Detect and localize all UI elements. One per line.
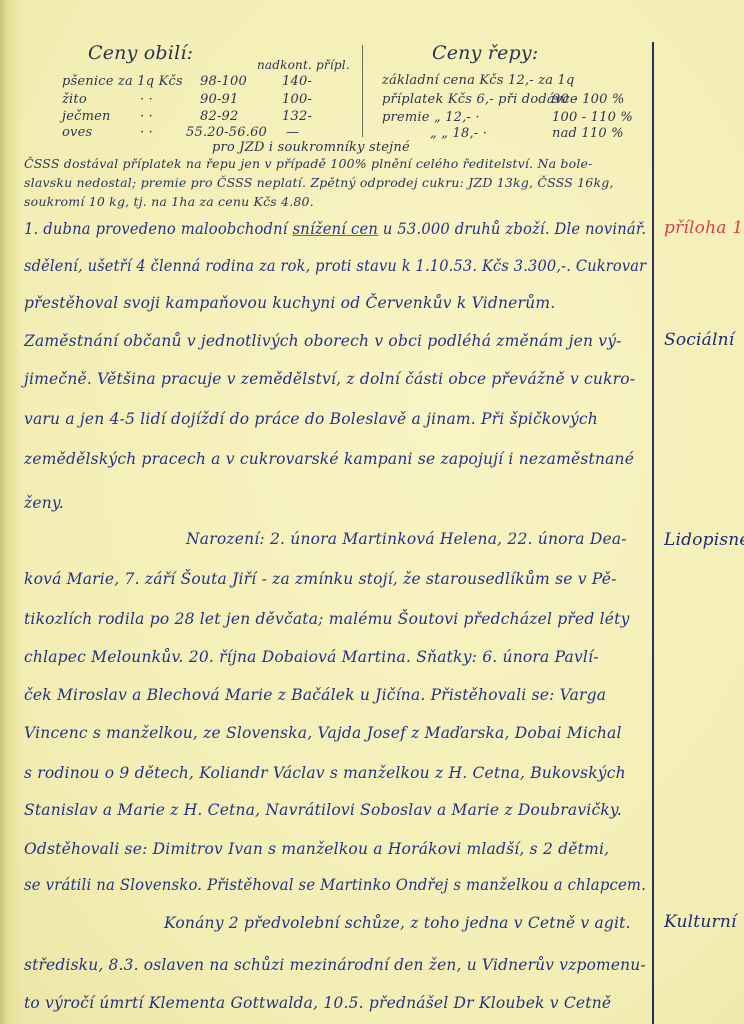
social-line: varu a jen 4-5 lidí dojíždí do práce do … <box>24 410 598 428</box>
beet-row-label: „ „ 18,- · <box>430 126 487 141</box>
grain-footnote: pro JZD i soukromníky stejné <box>212 140 410 155</box>
cultural-line: Konány 2 předvolební schůze, z toho jedn… <box>164 914 631 932</box>
demographics-line: se vrátili na Slovensko. Přistěhoval se … <box>24 876 646 894</box>
demographics-line: ková Marie, 7. září Šouta Jiří - za zmín… <box>24 570 617 588</box>
margin-label-social: Sociální <box>664 330 734 350</box>
chronicle-page: Ceny obilí: nadkont. přípl. pšenice za 1… <box>0 0 744 1024</box>
beet-row-label: příplatek Kčs 6,- při dodávce <box>382 92 578 107</box>
demographics-line: ček Miroslav a Blechová Marie z Bačálek … <box>24 686 606 704</box>
note-line: soukromí 10 kg, tj. na 1ha za cenu Kčs 4… <box>24 194 314 209</box>
text: 1. dubna provedeno maloobchodní <box>24 220 293 238</box>
grain-row-price: 98-100 <box>200 74 247 89</box>
beet-prices-title: Ceny řepy: <box>432 42 538 64</box>
demographics-line: chlapec Melounkův. 20. října Dobaiová Ma… <box>24 648 599 666</box>
beet-row-value: nad 110 % <box>552 126 624 141</box>
price-cut-line-1: 1. dubna provedeno maloobchodní snížení … <box>24 220 646 238</box>
note-line: ČSSS dostával příplatek na řepu jen v př… <box>24 156 593 171</box>
social-line: ženy. <box>24 494 64 512</box>
demographics-line: Vincenc s manželkou, ze Slovenska, Vajda… <box>24 724 622 742</box>
demographics-line: Stanislav a Marie z H. Cetna, Navrátilov… <box>24 801 622 819</box>
demographics-line: Narození: 2. února Martinková Helena, 22… <box>186 530 627 548</box>
grain-row-name: žito <box>62 92 87 107</box>
margin-label-cultural: Kulturní <box>664 912 737 932</box>
right-margin-line <box>652 42 654 1024</box>
margin-note-attachment: příloha 19 <box>664 218 744 238</box>
grain-row-price: 90-91 <box>200 92 238 107</box>
beet-row-value: 90 - 100 % <box>552 92 625 107</box>
grain-row-price: 55.20-56.60 <box>186 125 267 140</box>
note-line: slavsku nedostal; premie pro ČSSS neplat… <box>24 175 614 190</box>
grain-row-bonus: 100- <box>282 92 312 107</box>
demographics-line: s rodinou o 9 dětech, Koliandr Václav s … <box>24 764 626 782</box>
social-line: jimečně. Většina pracuje v zemědělství, … <box>24 370 635 388</box>
beet-row-label: základní cena Kčs 12,- za 1q <box>382 73 575 88</box>
grain-bonus-header: nadkont. přípl. <box>257 58 350 72</box>
grain-row-ditto: · · <box>140 109 153 124</box>
grain-row-name: oves <box>62 125 92 140</box>
demographics-line: Odstěhovali se: Dimitrov Ivan s manželko… <box>24 840 609 858</box>
cultural-line: to výročí úmrtí Klementa Gottwalda, 10.5… <box>24 994 611 1012</box>
beet-row-label: premie „ 12,- · <box>382 110 480 125</box>
grain-row-ditto: · · <box>140 125 153 140</box>
grain-prices-title: Ceny obilí: <box>88 42 193 64</box>
grain-row-name: pšenice za 1q Kčs <box>62 74 183 89</box>
grain-row-bonus: 132- <box>282 109 312 124</box>
price-cut-line-3: přestěhoval svoji kampaňovou kuchyni od … <box>24 294 555 312</box>
demographics-line: tikozlích rodila po 28 let jen děvčata; … <box>24 610 630 628</box>
social-line: zemědělských pracech a v cukrovarské kam… <box>24 450 634 468</box>
grain-row-name: ječmen <box>62 109 111 124</box>
grain-row-price: 82-92 <box>200 109 238 124</box>
text: u 53.000 druhů zboží. Dle novinář. <box>378 220 646 238</box>
cultural-line: středisku, 8.3. oslaven na schůzi meziná… <box>24 956 646 974</box>
grain-row-bonus: 140- <box>282 74 312 89</box>
social-line: Zaměstnání občanů v jednotlivých oborech… <box>24 332 622 350</box>
beet-row-value: 100 - 110 % <box>552 110 633 125</box>
grain-row-bonus: — <box>286 125 299 140</box>
margin-label-demographics: Lidopisné <box>664 530 744 550</box>
price-tables-divider <box>362 45 363 137</box>
price-cut-line-2: sdělení, ušetří 4 členná rodina za rok, … <box>24 257 646 275</box>
grain-row-ditto: · · <box>140 92 153 107</box>
underlined-phrase: snížení cen <box>293 220 378 238</box>
